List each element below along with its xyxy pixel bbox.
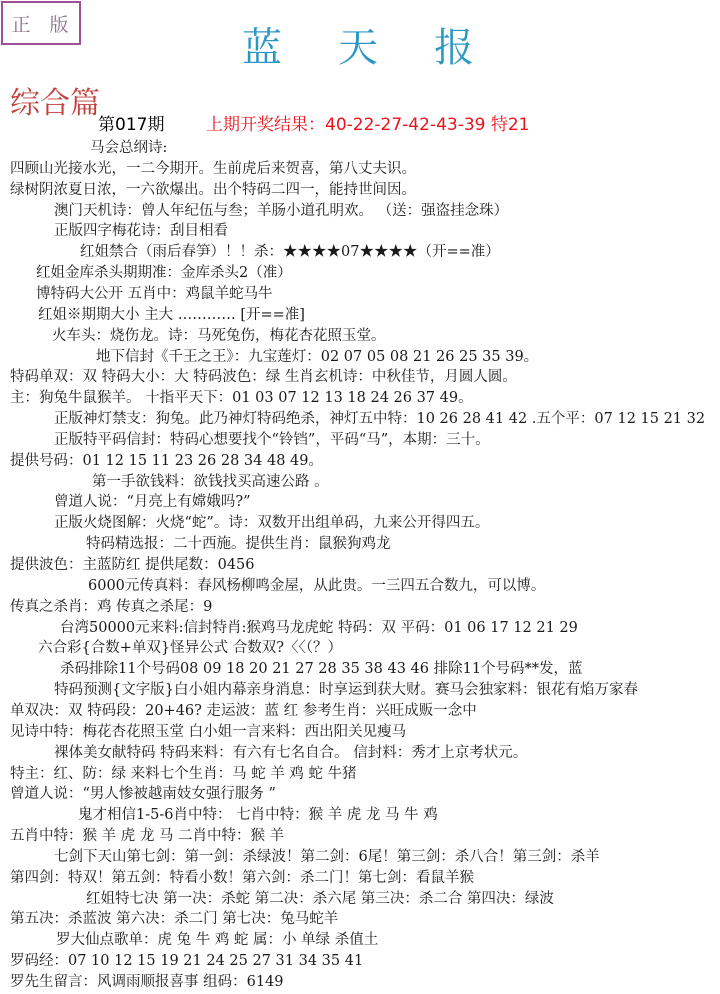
- text-line: 火车头：烧伤龙。诗：马死兔伤，梅花杏花照玉堂。: [52, 326, 386, 346]
- text-line: 罗先生留言：风调雨顺报喜事 组码：6149: [10, 972, 284, 992]
- text-line: 提供号码：01 12 15 11 23 26 28 34 48 49。: [10, 451, 323, 471]
- text-line: 6000元传真料：春风杨柳鸣金屋，从此贵。一三四五合数九，可以博。: [88, 576, 545, 596]
- text-line: 罗大仙点歌单：虎 兔 牛 鸡 蛇 属：小 单绿 杀值土: [56, 930, 378, 950]
- text-line: 鬼才相信1-5-6肖中特： 七肖中特：猴 羊 虎 龙 马 牛 鸡: [78, 805, 438, 825]
- text-line: 澳门天机诗：曾人年纪伍与叁；羊肠小道孔明欢。 （送：强盗挂念珠）: [54, 201, 508, 221]
- badge-right-char: 版: [49, 10, 70, 37]
- text-line: 曾道人说：“月亮上有嫦娥吗?”: [54, 492, 251, 512]
- text-line: 主：狗兔牛鼠猴羊。 十指平天下：01 03 07 12 13 18 24 26 …: [10, 388, 473, 408]
- text-line: 红姐禁合（雨后春笋）！！杀：★★★★07★★★★（开==准）: [80, 242, 500, 262]
- text-line: 杀码排除11个号码08 09 18 20 21 27 28 35 38 43 4…: [60, 659, 583, 679]
- text-line: 特码单双：双 特码大小：大 特码波色：绿 生肖玄机诗：中秋佳节，月圆人圆。: [10, 367, 517, 387]
- last-draw-result: 上期开奖结果：40-22-27-42-43-39 特21: [206, 110, 530, 135]
- text-line: 裸体美女献特码 特码来料：有六有七名自合。 信封料：秀才上京考状元。: [54, 743, 527, 763]
- text-line: 绿树阴浓夏日浓，一六欲爆出。出个特码二四一，能持世间因。: [10, 180, 416, 200]
- text-line: 正版四字梅花诗：刮目相看: [54, 221, 228, 241]
- text-line: 台湾50000元来料:信封特肖:猴鸡马龙虎蛇 特码：双 平码：01 06 17 …: [60, 618, 578, 638]
- text-line: 特码精选报：二十西施。提供生肖：鼠猴狗鸡龙: [86, 534, 391, 554]
- section-heading: 综合篇: [10, 78, 100, 122]
- text-line: 提供波色：主蓝防红 提供尾数：0456: [10, 555, 255, 575]
- text-line: 四顾山光接水光，一二今期开。生前虎后来贺喜，第八丈夫识。: [10, 159, 416, 179]
- text-line: 博特码大公开 五肖中：鸡鼠羊蛇马牛: [36, 284, 273, 304]
- text-line: 五肖中特：猴 羊 虎 龙 马 二肖中特：猴 羊: [10, 826, 284, 846]
- text-line: 七剑下天山第七剑：第一剑：杀绿波！第二剑：6尾！第三剑：杀八合！第三剑：杀羊: [54, 847, 600, 867]
- text-line: 正版火烧图解：火烧“蛇”。诗：双数开出组单码，九来公开得四五。: [54, 513, 489, 533]
- text-line: 红姐金库杀头期期准：金库杀头2（准）: [36, 263, 292, 283]
- text-line: 曾道人说：“男人惨被越南妓女强行服务 ”: [10, 784, 276, 804]
- text-line: 单双决：双 特码段：20+46? 走运波：蓝 红 参考生肖：兴旺成贩一念中: [10, 701, 477, 721]
- issue-number: 第017期: [98, 110, 164, 135]
- text-line: 马会总纲诗:: [90, 138, 167, 158]
- text-line: 特码预测{文字版}白小姐内幕亲身消息：时享运到获大财。赛马会独家料：银花有焰万家…: [54, 680, 638, 700]
- text-line: 红姐※期期大小 主大 ………… [开==准]: [38, 305, 305, 325]
- genuine-edition-badge: 正 版: [1, 1, 81, 45]
- title-char-3: 报: [434, 16, 474, 73]
- text-line: 地下信封《千王之王》：九宝莲灯：02 07 05 08 21 26 25 35 …: [96, 347, 538, 367]
- text-line: 传真之杀肖：鸡 传真之杀尾：9: [10, 597, 212, 617]
- text-line: 正版特平码信封：特码心想要找个“铃铛”，平码“马”，本期：三十。: [54, 430, 490, 450]
- text-line: 罗码经：07 10 12 15 19 21 24 25 27 31 34 35 …: [10, 951, 363, 971]
- text-line: 第一手欲钱料：欲钱找买高速公路 。: [92, 472, 329, 492]
- title-char-2: 天: [338, 16, 378, 73]
- text-line: 红姐特七决 第一决：杀蛇 第二决：杀六尾 第三决：杀二合 第四决：绿波: [86, 889, 554, 909]
- badge-left-char: 正: [11, 10, 32, 37]
- text-line: 正版神灯禁支：狗兔。此乃神灯特码绝杀，神灯五中特：10 26 28 41 42 …: [54, 409, 705, 429]
- newspaper-title: 蓝 天 报: [242, 16, 474, 73]
- text-line: 第四剑：特双！第五剑：特看小数！第六剑：杀二门！第七剑：看鼠羊猴: [10, 868, 474, 888]
- text-line: 第五决：杀蓝波 第六决：杀二门 第七决：兔马蛇羊: [10, 909, 338, 929]
- text-line: 特主：红、防：绿 来料七个生肖：马 蛇 羊 鸡 蛇 牛猪: [10, 764, 357, 784]
- text-line: 见诗中特：梅花杏花照玉堂 白小姐一言来料：西出阳关见瘦马: [10, 722, 406, 742]
- title-char-1: 蓝: [242, 16, 282, 73]
- text-line: 六合彩{合数+单双}怪异公式 合数双?〈〈（？）: [38, 638, 342, 658]
